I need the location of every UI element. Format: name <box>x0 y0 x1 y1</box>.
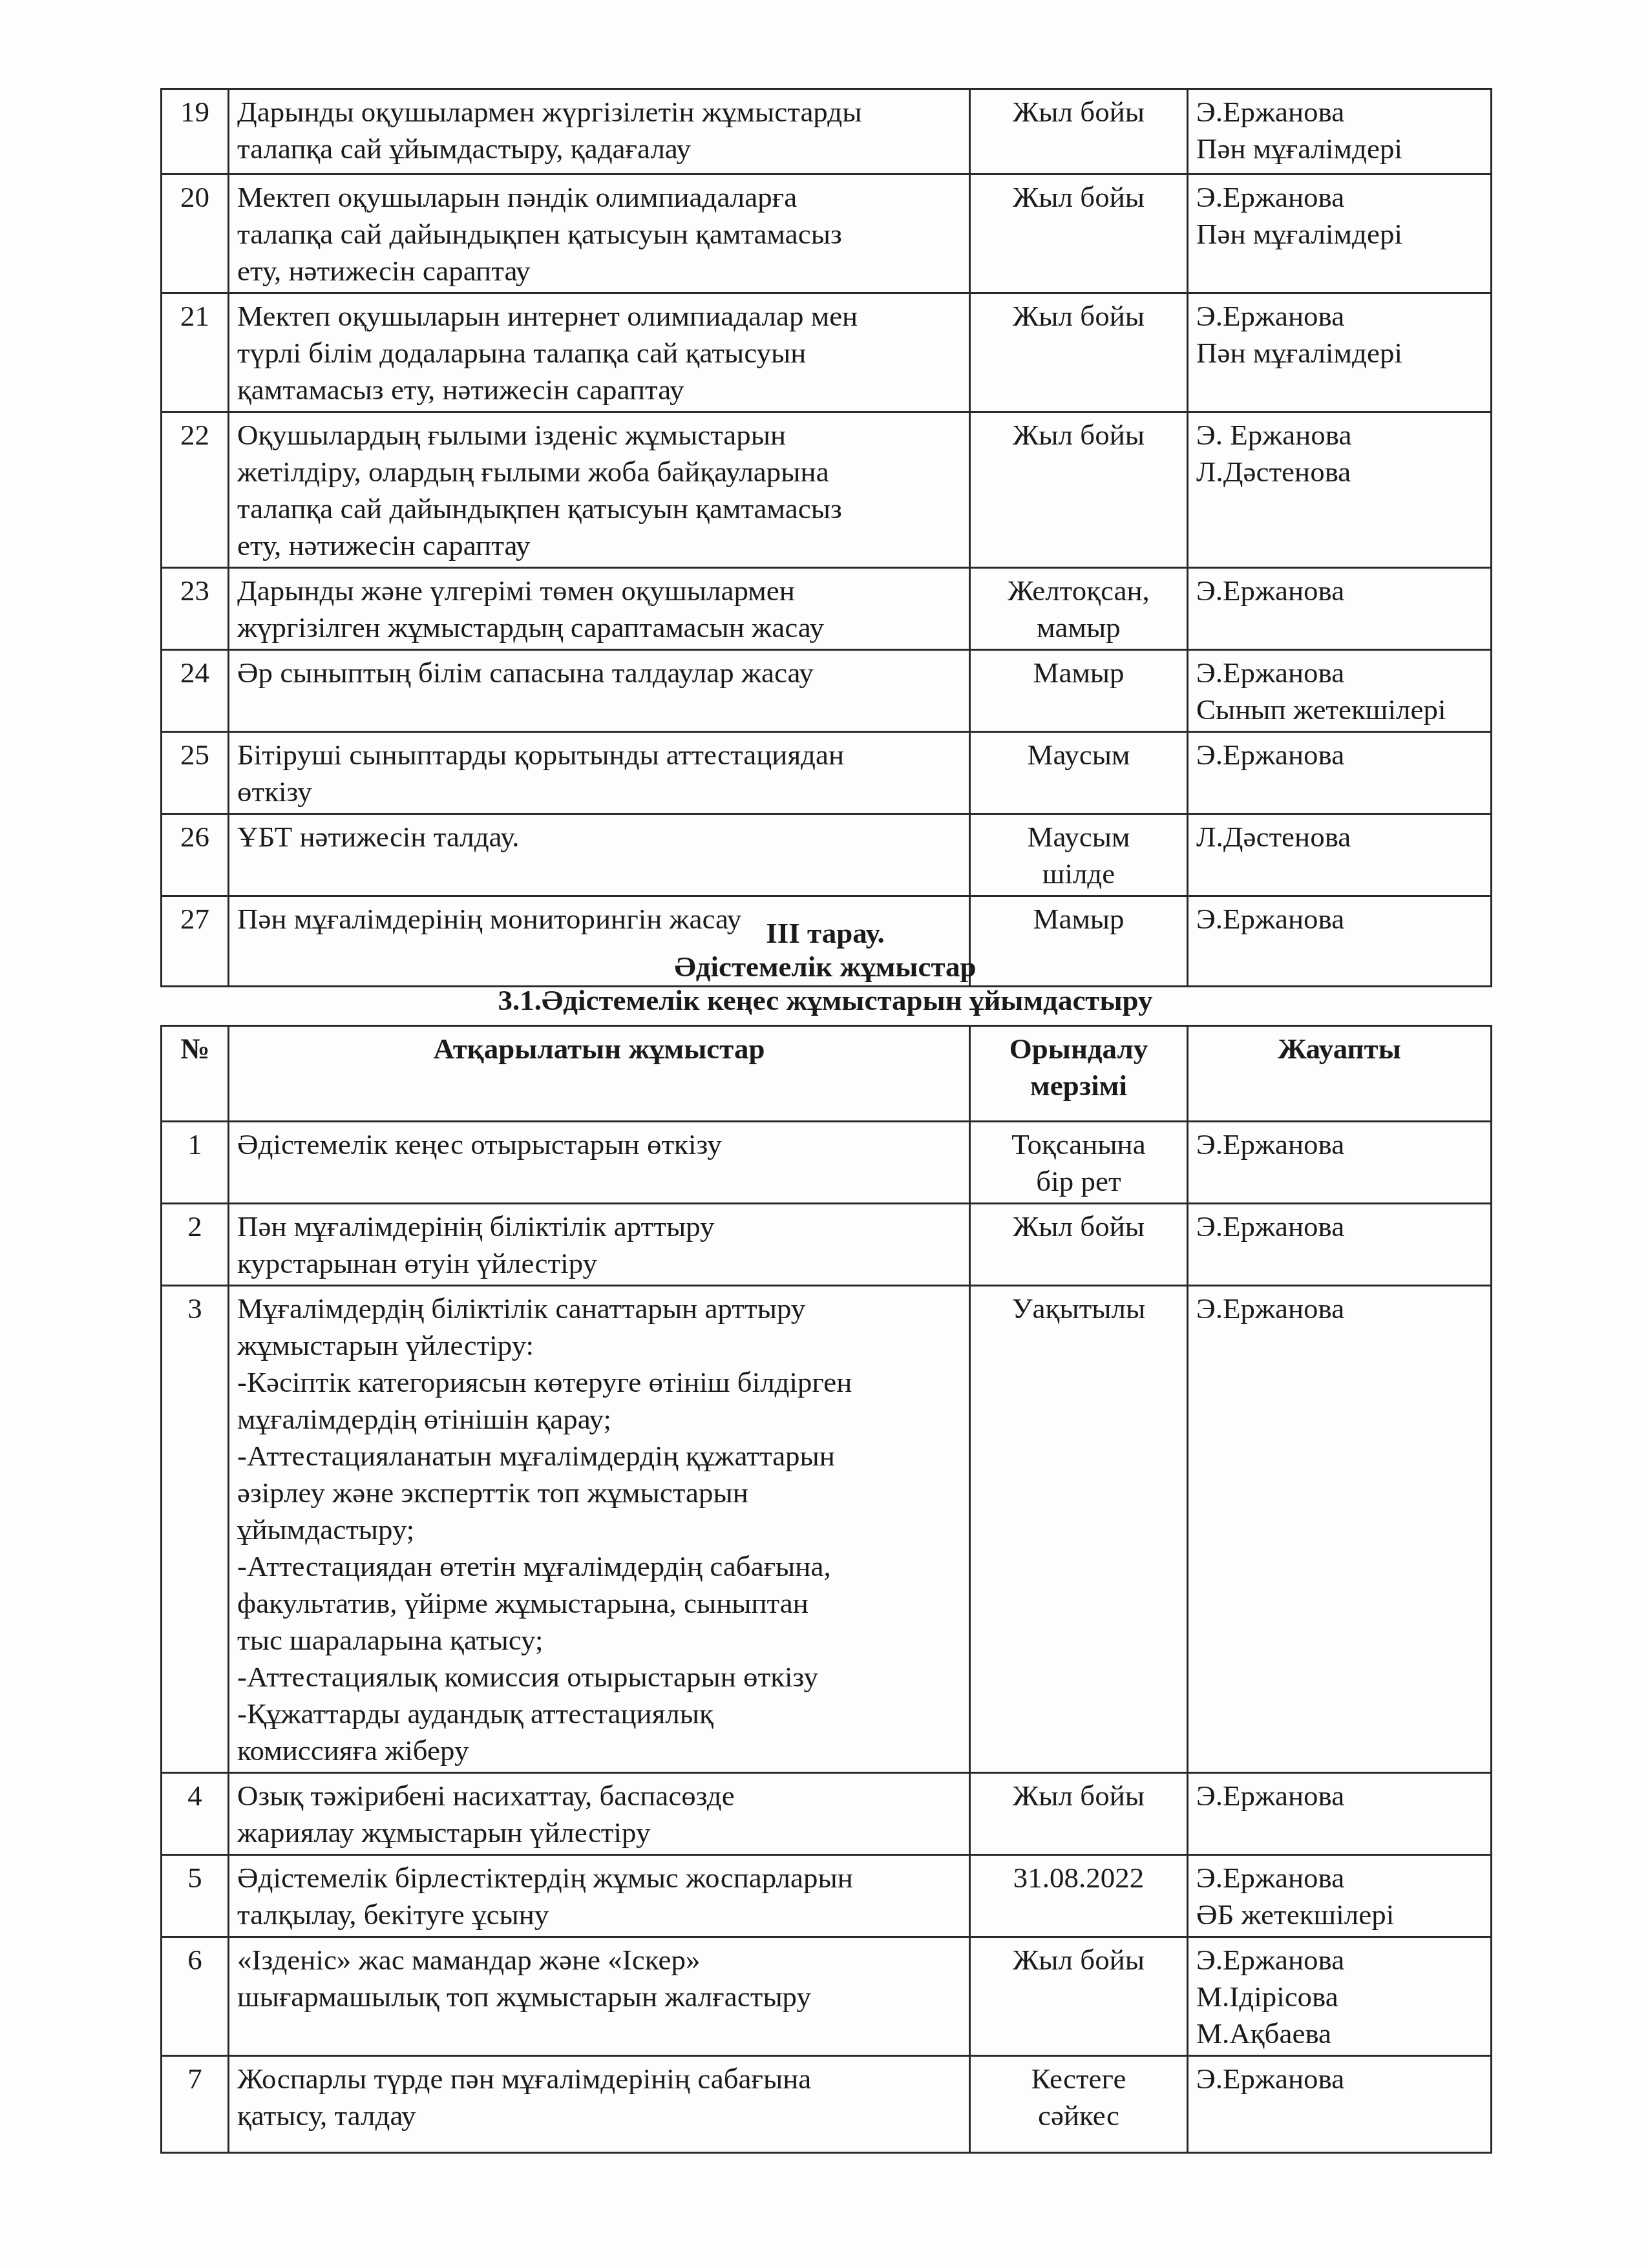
row-work: Оқушылардың ғылыми ізденіс жұмыстарын же… <box>229 412 970 568</box>
table-row: 7 Жоспарлы түрде пән мұғалімдерінің саба… <box>162 2056 1492 2153</box>
row-number: 25 <box>162 732 229 814</box>
table-row: 26 ҰБТ нәтижесін талдау. Маусым шілде Л.… <box>162 814 1492 896</box>
row-date: Уақытылы <box>970 1286 1188 1773</box>
row-responsible: Э.Ержанова <box>1188 1773 1492 1855</box>
table-row: 4 Озық тәжірибені насихаттау, баспасөзде… <box>162 1773 1492 1855</box>
row-work: Озық тәжірибені насихаттау, баспасөзде ж… <box>229 1773 970 1855</box>
row-work: Мектеп оқушыларын интернет олимпиадалар … <box>229 293 970 412</box>
row-number: 1 <box>162 1122 229 1204</box>
table-row: 24 Әр сыныптың білім сапасына талдаулар … <box>162 650 1492 732</box>
row-number: 24 <box>162 650 229 732</box>
row-number: 6 <box>162 1937 229 2056</box>
section-title: Әдістемелік жұмыстар <box>160 950 1490 983</box>
table-row: 25 Бітіруші сыныптарды қорытынды аттеста… <box>162 732 1492 814</box>
row-work: Әдістемелік кеңес отырыстарын өткізу <box>229 1122 970 1204</box>
row-number: 4 <box>162 1773 229 1855</box>
row-responsible: Э.Ержанова <box>1188 732 1492 814</box>
row-number: 20 <box>162 174 229 293</box>
row-work: Мұғалімдердің біліктілік санаттарын артт… <box>229 1286 970 1773</box>
table-row: 1 Әдістемелік кеңес отырыстарын өткізу Т… <box>162 1122 1492 1204</box>
table-row: 19 Дарынды оқушылармен жүргізілетін жұмы… <box>162 89 1492 174</box>
row-responsible: Э.Ержанова <box>1188 1122 1492 1204</box>
row-number: 21 <box>162 293 229 412</box>
row-number: 26 <box>162 814 229 896</box>
table-row: 5 Әдістемелік бірлестіктердің жұмыс жосп… <box>162 1855 1492 1937</box>
row-work: «Ізденіс» жас мамандар және «Іскер» шыға… <box>229 1937 970 2056</box>
row-responsible: Э.Ержанова <box>1188 568 1492 650</box>
row-responsible: Э.Ержанова <box>1188 1286 1492 1773</box>
row-date: Жыл бойы <box>970 1773 1188 1855</box>
row-work: Әр сыныптың білім сапасына талдаулар жас… <box>229 650 970 732</box>
row-number: 19 <box>162 89 229 174</box>
row-date: Маусым <box>970 732 1188 814</box>
subsection-title: 3.1.Әдістемелік кеңес жұмыстарын ұйымдас… <box>160 983 1490 1017</box>
header-responsible: Жауапты <box>1188 1026 1492 1122</box>
table-row: 21 Мектеп оқушыларын интернет олимпиадал… <box>162 293 1492 412</box>
row-date: Жыл бойы <box>970 89 1188 174</box>
row-number: 22 <box>162 412 229 568</box>
table-row: 2 Пән мұғалімдерінің біліктілік арттыру … <box>162 1204 1492 1286</box>
row-work: Мектеп оқушыларын пәндік олимпиадаларға … <box>229 174 970 293</box>
row-work: Жоспарлы түрде пән мұғалімдерінің сабағы… <box>229 2056 970 2153</box>
methodical-council-table: № Атқарылатын жұмыстар Орындалу мерзімі … <box>160 1025 1492 2154</box>
row-responsible: Э.Ержанова Пән мұғалімдері <box>1188 293 1492 412</box>
header-work: Атқарылатын жұмыстар <box>229 1026 970 1122</box>
activities-table-continued: 19 Дарынды оқушылармен жүргізілетін жұмы… <box>160 88 1492 987</box>
row-work: Дарынды оқушылармен жүргізілетін жұмыста… <box>229 89 970 174</box>
chapter-heading: III тарау. <box>160 916 1490 950</box>
row-date: Жыл бойы <box>970 412 1188 568</box>
table-row: 22 Оқушылардың ғылыми ізденіс жұмыстарын… <box>162 412 1492 568</box>
row-responsible: Э.Ержанова Пән мұғалімдері <box>1188 89 1492 174</box>
table-row: 23 Дарынды және үлгерімі төмен оқушыларм… <box>162 568 1492 650</box>
row-work: Бітіруші сыныптарды қорытынды аттестация… <box>229 732 970 814</box>
row-responsible: Э.Ержанова <box>1188 2056 1492 2153</box>
row-date: Мамыр <box>970 650 1188 732</box>
row-number: 3 <box>162 1286 229 1773</box>
row-responsible: Э.Ержанова Сынып жетекшілері <box>1188 650 1492 732</box>
row-work: Пән мұғалімдерінің біліктілік арттыру ку… <box>229 1204 970 1286</box>
row-number: 2 <box>162 1204 229 1286</box>
row-date: Маусым шілде <box>970 814 1188 896</box>
row-number: 7 <box>162 2056 229 2153</box>
row-work: ҰБТ нәтижесін талдау. <box>229 814 970 896</box>
row-date: Жыл бойы <box>970 1937 1188 2056</box>
table-row: 20 Мектеп оқушыларын пәндік олимпиадалар… <box>162 174 1492 293</box>
row-date: Жыл бойы <box>970 174 1188 293</box>
header-date: Орындалу мерзімі <box>970 1026 1188 1122</box>
row-work: Әдістемелік бірлестіктердің жұмыс жоспар… <box>229 1855 970 1937</box>
row-responsible: Э.Ержанова <box>1188 1204 1492 1286</box>
row-date: Жыл бойы <box>970 293 1188 412</box>
row-date: 31.08.2022 <box>970 1855 1188 1937</box>
table-row: 3 Мұғалімдердің біліктілік санаттарын ар… <box>162 1286 1492 1773</box>
row-number: 23 <box>162 568 229 650</box>
row-responsible: Э.Ержанова М.Ідірісова М.Ақбаева <box>1188 1937 1492 2056</box>
header-number: № <box>162 1026 229 1122</box>
table-row: 6 «Ізденіс» жас мамандар және «Іскер» шы… <box>162 1937 1492 2056</box>
row-responsible: Э.Ержанова ӘБ жетекшілері <box>1188 1855 1492 1937</box>
table-header-row: № Атқарылатын жұмыстар Орындалу мерзімі … <box>162 1026 1492 1122</box>
row-date: Жыл бойы <box>970 1204 1188 1286</box>
row-responsible: Э. Ержанова Л.Дәстенова <box>1188 412 1492 568</box>
row-date: Кестеге сәйкес <box>970 2056 1188 2153</box>
row-number: 5 <box>162 1855 229 1937</box>
row-date: Тоқсанына бір рет <box>970 1122 1188 1204</box>
row-responsible: Л.Дәстенова <box>1188 814 1492 896</box>
row-date: Желтоқсан, мамыр <box>970 568 1188 650</box>
section-headings: III тарау. Әдістемелік жұмыстар 3.1.Әдіс… <box>160 916 1490 1017</box>
row-responsible: Э.Ержанова Пән мұғалімдері <box>1188 174 1492 293</box>
row-work: Дарынды және үлгерімі төмен оқушылармен … <box>229 568 970 650</box>
